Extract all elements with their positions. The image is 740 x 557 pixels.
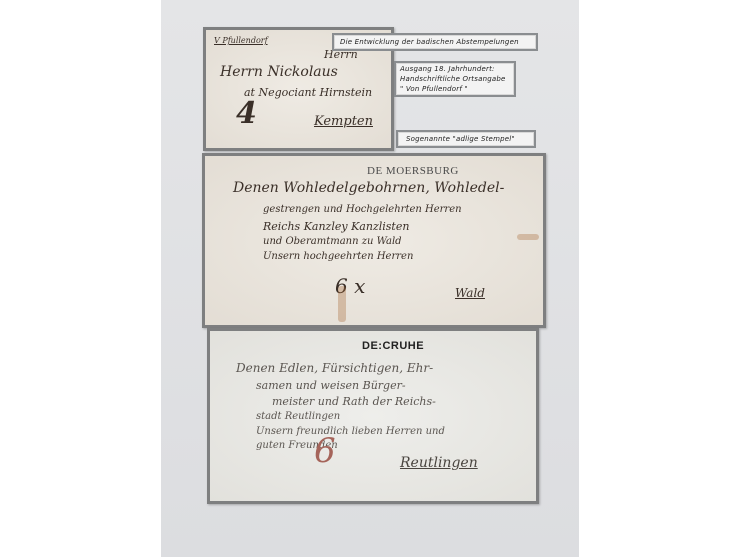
adlige-text: Sogenannte "adlige Stempel" xyxy=(398,132,534,146)
origin-manuscript: V Pfullendorf xyxy=(214,36,268,45)
adlige-label: Sogenannte "adlige Stempel" xyxy=(396,130,536,148)
letter-moersburg: DE MOERSBURG Denen Wohledelgebohrnen, Wo… xyxy=(202,153,546,328)
address-line: und Oberamtmann zu Wald xyxy=(263,236,402,247)
destination: Reutlingen xyxy=(400,455,478,471)
rate-mark: 6 xyxy=(314,431,336,471)
stain xyxy=(338,286,346,322)
letter-carlsruhe: DE:CRUHE Denen Edlen, Fürsichtigen, Ehr-… xyxy=(207,328,539,504)
note-label: Ausgang 18. Jahrhundert: Handschriftlich… xyxy=(394,61,516,97)
postmark: DE:CRUHE xyxy=(362,340,424,352)
address-line: Unsern freundlich lieben Herren und xyxy=(256,426,445,437)
note-line: Ausgang 18. Jahrhundert: xyxy=(400,64,510,74)
page-title-label: Die Entwicklung der badischen Abstempelu… xyxy=(332,33,538,51)
address-line: Reichs Kanzley Kanzlisten xyxy=(263,220,409,233)
destination: Kempten xyxy=(314,114,373,129)
address-line: Unsern hochgeehrten Herren xyxy=(263,251,413,262)
note-line: " Von Pfullendorf " xyxy=(400,84,510,94)
postmark: DE MOERSBURG xyxy=(367,165,459,177)
address-line: Denen Wohledelgebohrnen, Wohledel- xyxy=(233,180,504,196)
note-line: Handschriftliche Ortsangabe xyxy=(400,74,510,84)
address-line: at Negociant Hirnstein xyxy=(244,86,372,99)
destination: Wald xyxy=(455,286,485,300)
address-line: meister und Rath der Reichs- xyxy=(272,395,436,408)
address-line: stadt Reutlingen xyxy=(256,411,340,422)
address-line: gestrengen und Hochgelehrten Herren xyxy=(263,204,462,215)
address-line: Denen Edlen, Fürsichtigen, Ehr- xyxy=(236,361,433,375)
stain xyxy=(517,234,539,240)
address-line: samen und weisen Bürger- xyxy=(256,379,406,392)
album-page: V Pfullendorf Herrn Herrn Nickolaus at N… xyxy=(161,0,579,557)
page-title: Die Entwicklung der badischen Abstempelu… xyxy=(334,35,536,49)
rate-mark: 4 xyxy=(236,96,257,131)
address-line: Herrn Nickolaus xyxy=(220,64,338,80)
